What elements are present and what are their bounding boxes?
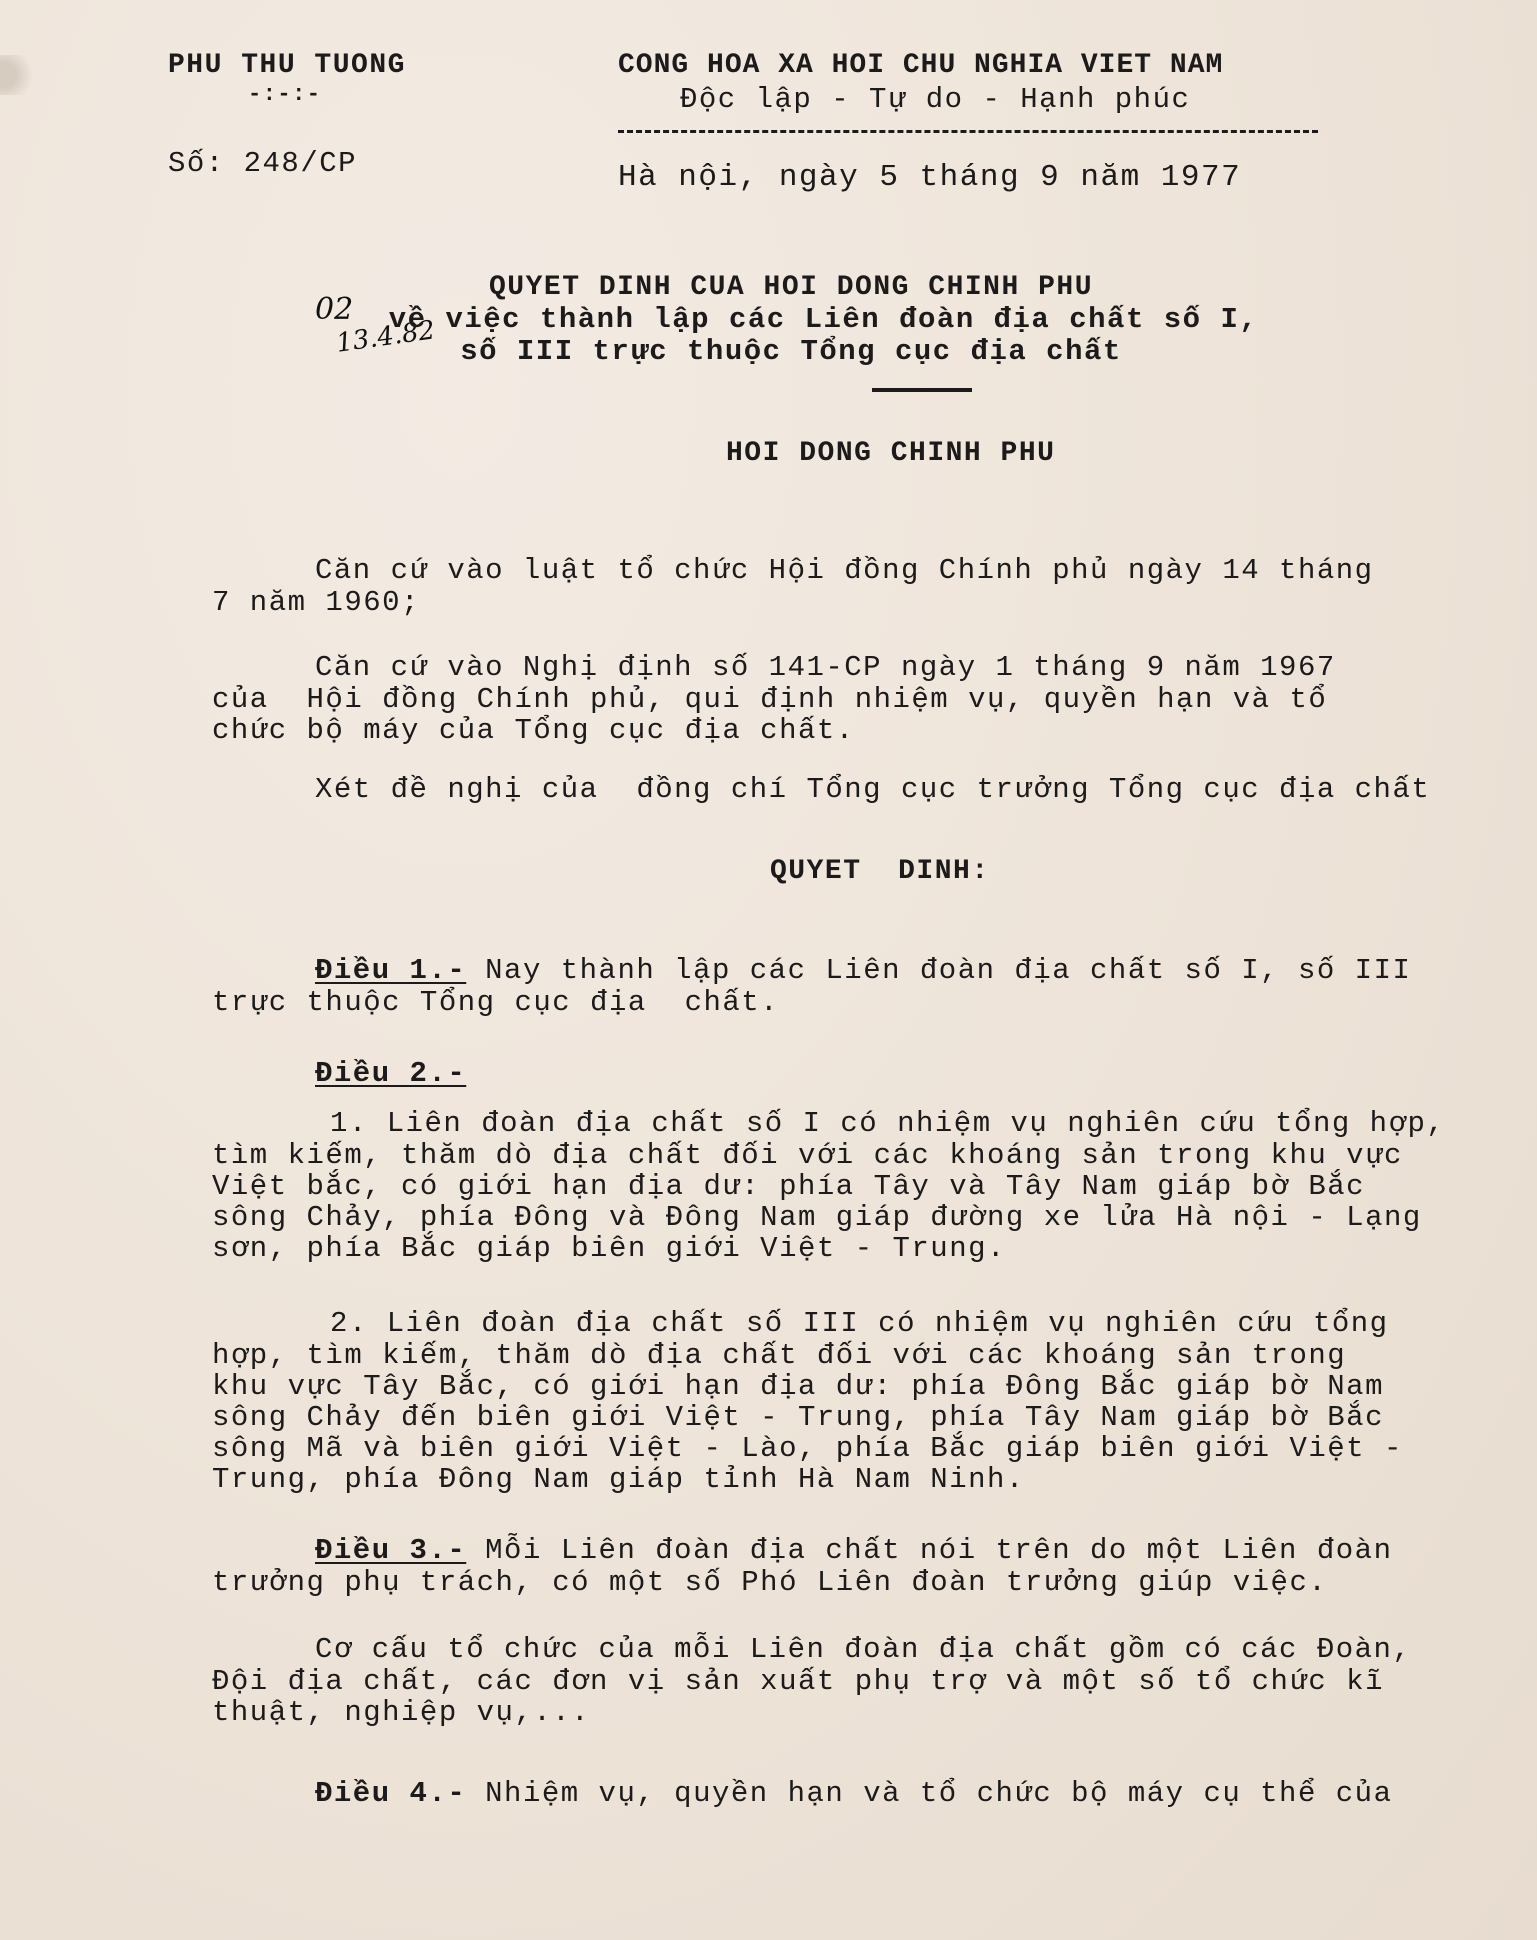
article-3-first: Điều 3.- Mỗi Liên đoàn địa chất nói trên… xyxy=(315,1535,1392,1566)
article-2-clause-1-rest: tìm kiếm, thăm dò địa chất đối với các k… xyxy=(212,1140,1422,1264)
decision-subject-line2: số III trực thuộc Tổng cục địa chất xyxy=(0,336,1537,367)
article-4-label: Điều 4.- xyxy=(315,1777,466,1810)
country-name: CONG HOA XA HOI CHU NGHIA VIET NAM xyxy=(618,50,1223,81)
article-3-para-2-first: Cơ cấu tổ chức của mỗi Liên đoàn địa chấ… xyxy=(315,1634,1411,1665)
article-1-first: Điều 1.- Nay thành lập các Liên đoàn địa… xyxy=(315,955,1411,986)
title-rule xyxy=(872,388,972,392)
article-1-label: Điều 1.- xyxy=(315,954,466,987)
document-page: PHU THU TUONG -:-:- Số: 248/CP CONG HOA … xyxy=(0,0,1537,1940)
document-number: Số: 248/CP xyxy=(168,148,357,179)
paper-tear xyxy=(0,55,40,95)
preamble-2-first: Căn cứ vào Nghị định số 141-CP ngày 1 th… xyxy=(315,652,1336,683)
article-2-clause-2-rest: hợp, tìm kiếm, thăm dò địa chất đối với … xyxy=(212,1340,1403,1495)
article-4-first: Điều 4.- Nhiệm vụ, quyền hạn và tổ chức … xyxy=(315,1778,1392,1809)
header-divider xyxy=(618,130,1318,133)
article-1-rest: trực thuộc Tổng cục địa chất. xyxy=(212,987,779,1018)
decision-heading: QUYET DINH: xyxy=(770,856,990,887)
article-2-label: Điều 2.- xyxy=(315,1058,466,1089)
preamble-1-first: Căn cứ vào luật tổ chức Hội đồng Chính p… xyxy=(315,555,1374,586)
preamble-1-rest: 7 năm 1960; xyxy=(212,587,420,618)
decision-title: QUYET DINH CUA HOI DONG CHINH PHU xyxy=(0,272,1537,303)
place-date: Hà nội, ngày 5 tháng 9 năm 1977 xyxy=(618,162,1241,193)
article-2-clause-1-first: 1. Liên đoàn địa chất số I có nhiệm vụ n… xyxy=(330,1108,1445,1139)
preamble-3: Xét đề nghị của đồng chí Tổng cục trưởng… xyxy=(315,774,1430,805)
issuer: PHU THU TUONG xyxy=(168,50,406,81)
article-3-rest: trưởng phụ trách, có một số Phó Liên đoà… xyxy=(212,1567,1327,1598)
authority-heading: HOI DONG CHINH PHU xyxy=(726,438,1055,469)
preamble-2-rest: của Hội đồng Chính phủ, qui định nhiệm v… xyxy=(212,684,1327,746)
article-3-label: Điều 3.- xyxy=(315,1534,466,1567)
issuer-ornament: -:-:- xyxy=(248,82,322,107)
article-2-clause-2-first: 2. Liên đoàn địa chất số III có nhiệm vụ… xyxy=(330,1308,1389,1339)
national-motto: Độc lập - Tự do - Hạnh phúc xyxy=(680,84,1190,115)
article-3-para-2-rest: Đội địa chất, các đơn vị sản xuất phụ tr… xyxy=(212,1666,1384,1728)
decision-subject-line1: về việc thành lập các Liên đoàn địa chất… xyxy=(0,304,1537,335)
